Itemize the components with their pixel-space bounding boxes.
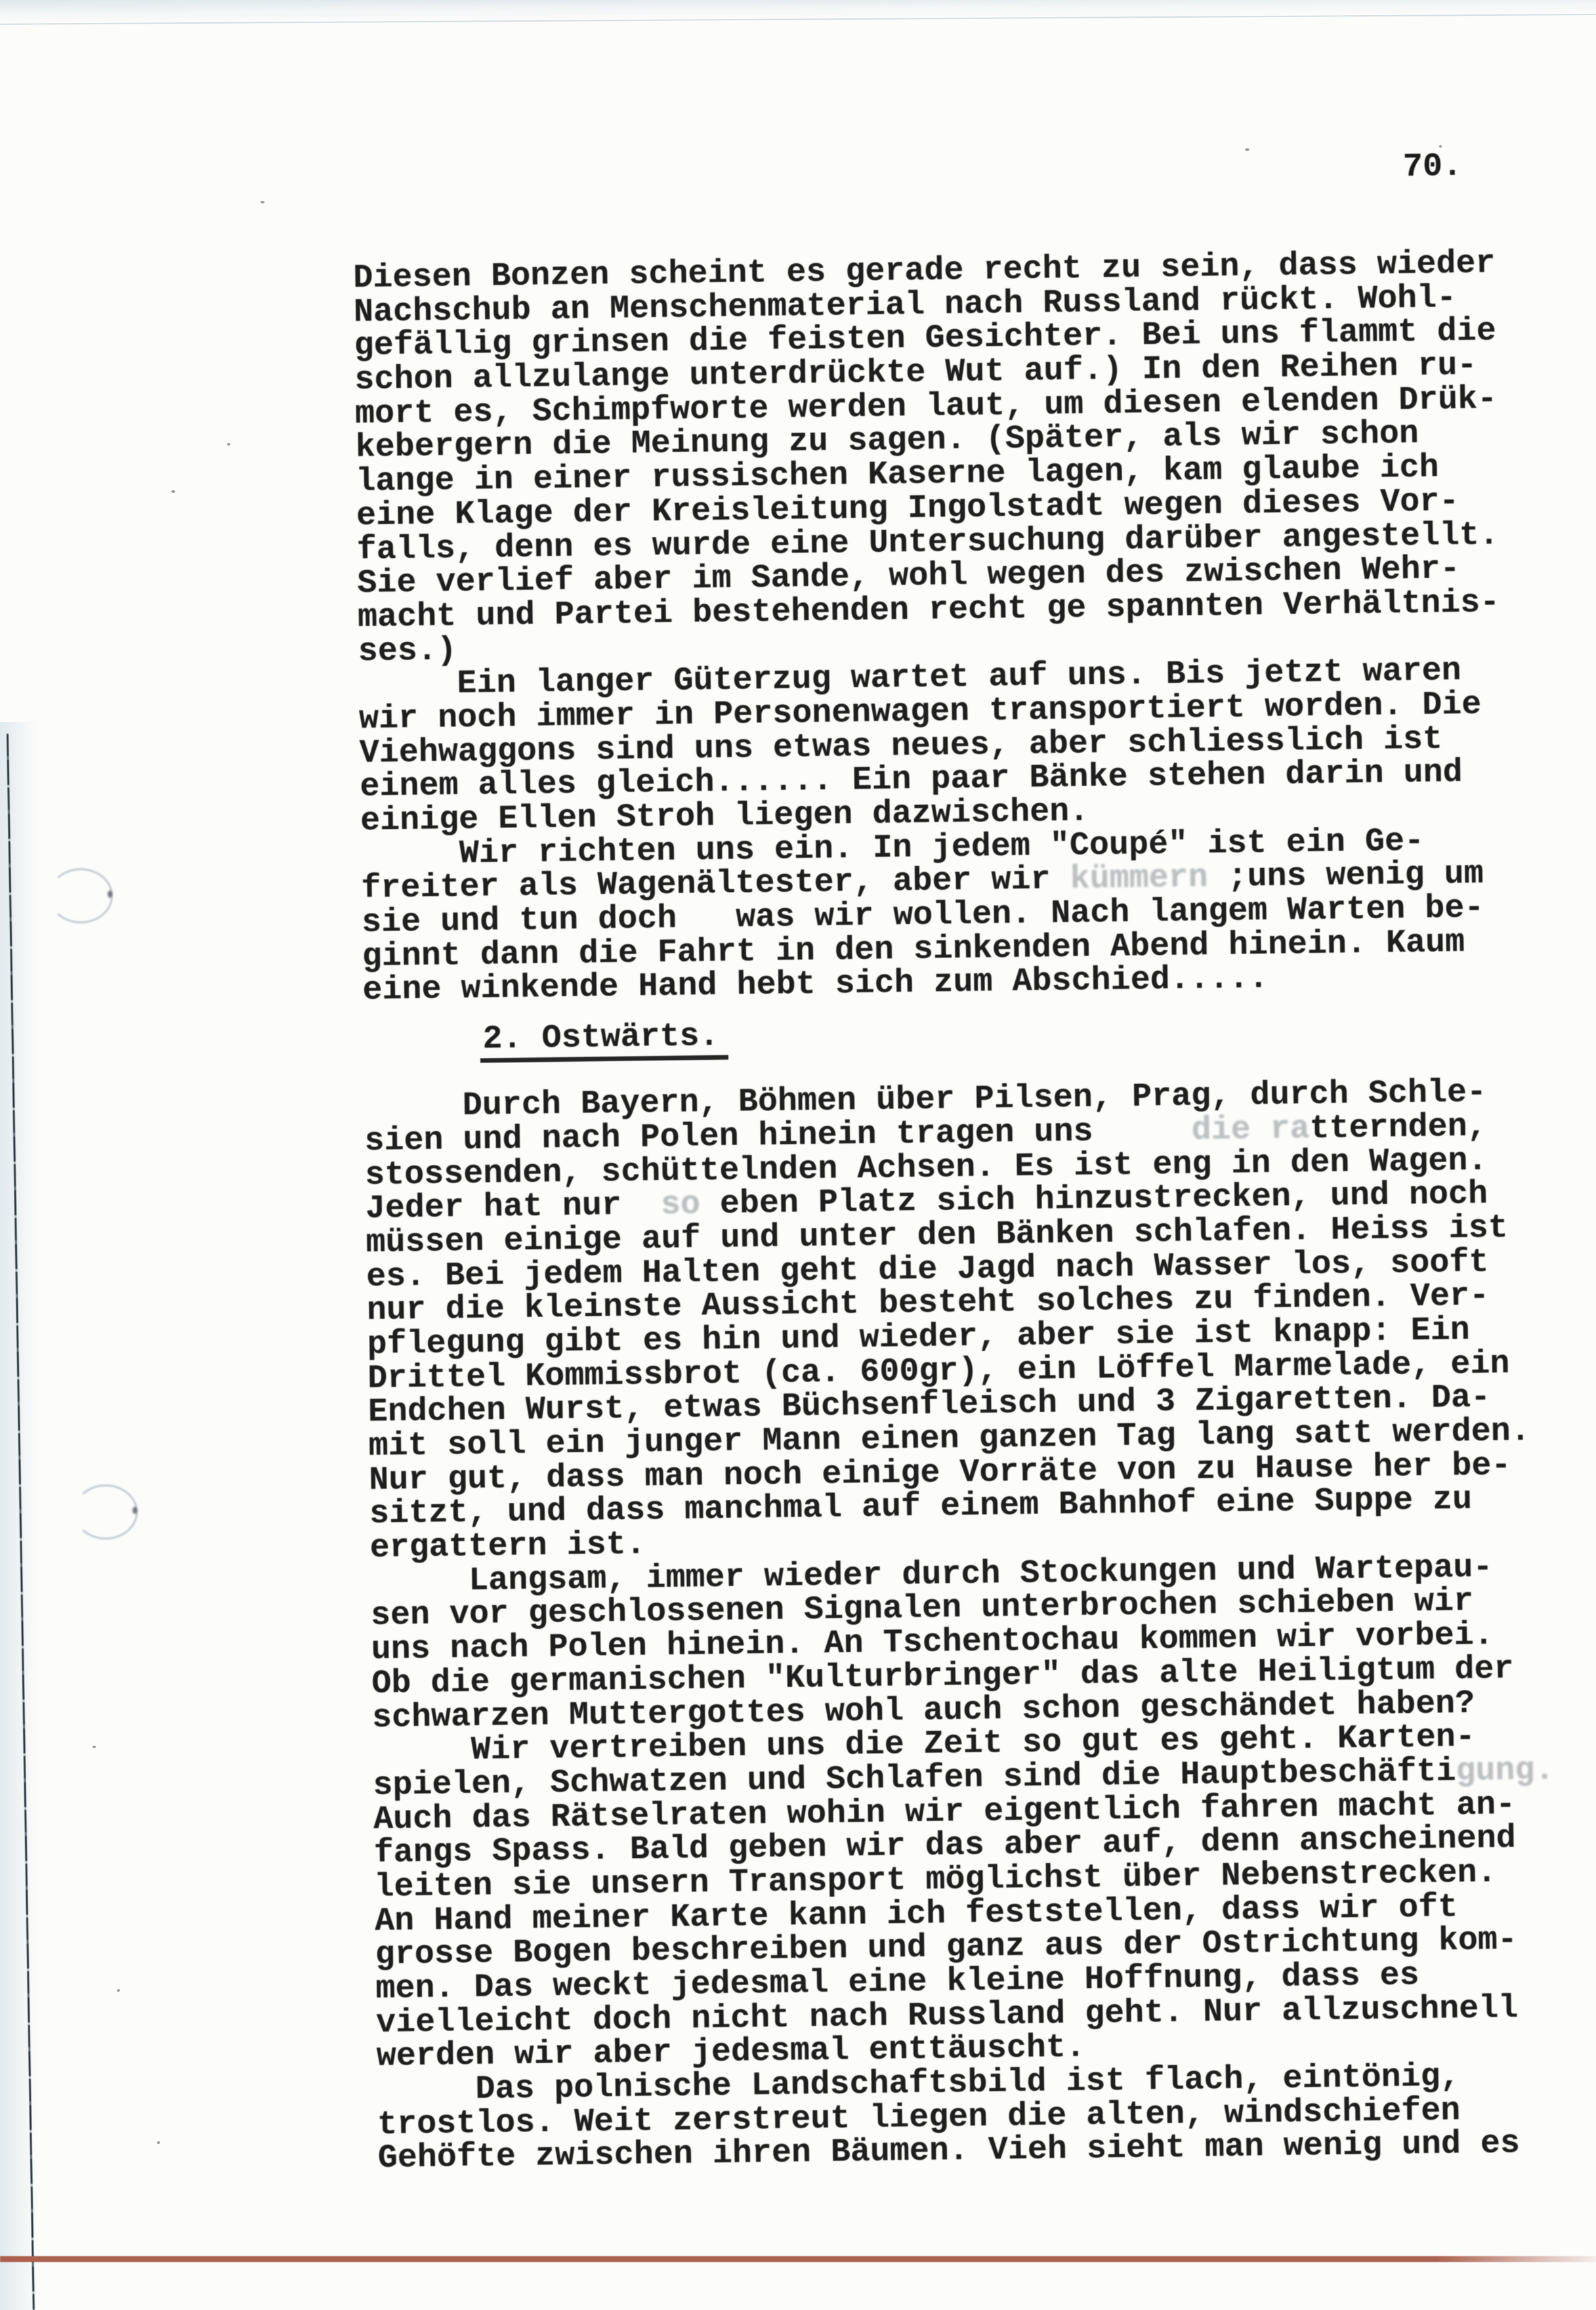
- red-divider-line: [0, 2256, 1596, 2262]
- scan-speck: [1439, 145, 1442, 148]
- punch-hole-bottom: [73, 1484, 138, 1540]
- punch-hole-top: [49, 868, 113, 923]
- scan-speck: [93, 1746, 96, 1748]
- page-number: 70.: [1403, 148, 1463, 186]
- section-heading: 2. Ostwärts.: [363, 1009, 1584, 1065]
- scan-speck: [117, 1989, 120, 1992]
- scan-speck: [171, 490, 175, 493]
- scan-edge-shading: [0, 0, 1596, 25]
- scan-speck: [261, 201, 264, 203]
- scan-speck: [157, 2141, 160, 2144]
- scan-speck: [1245, 148, 1249, 151]
- scan-speck: [227, 443, 230, 446]
- text-body: Diesen Bonzen scheint es gerade recht zu…: [353, 246, 1596, 2176]
- scanned-document-page: 70. Diesen Bonzen scheint es gerade rech…: [0, 0, 1596, 2310]
